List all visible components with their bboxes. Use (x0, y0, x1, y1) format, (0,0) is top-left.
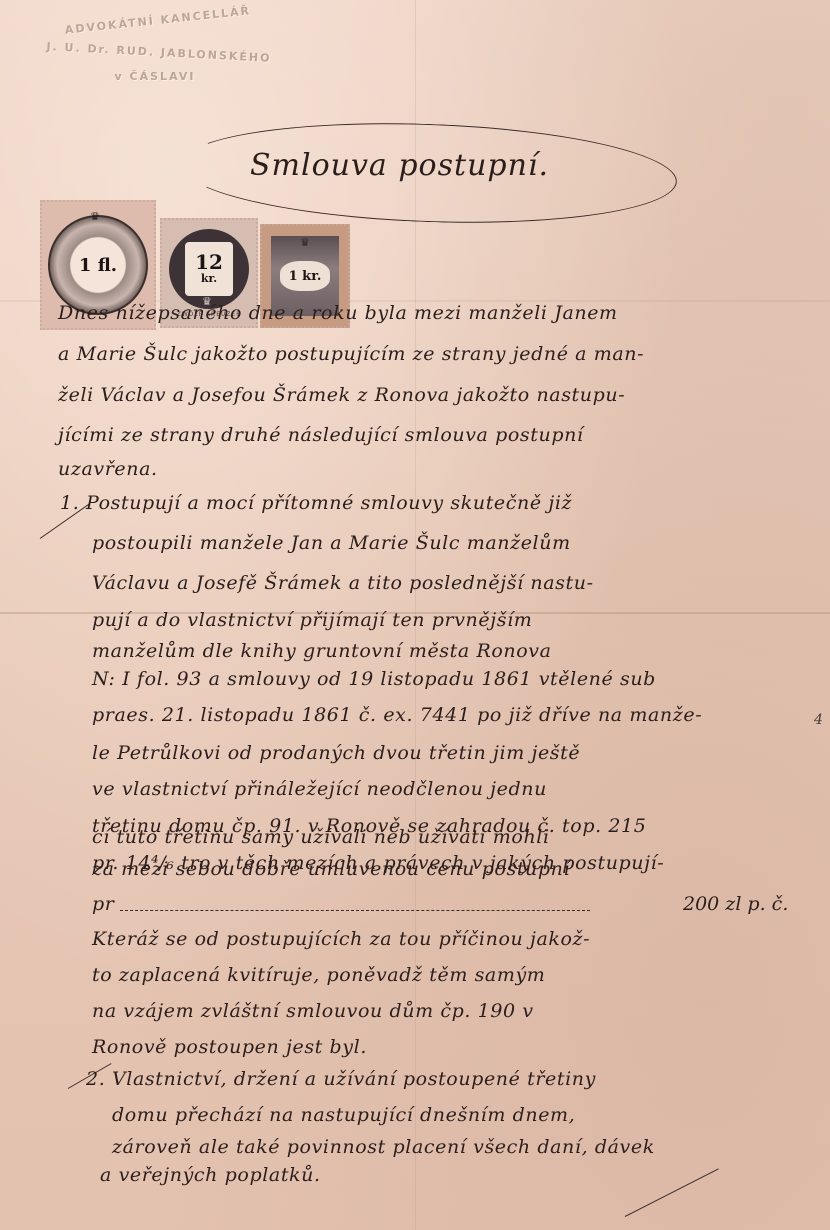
document-page: ADVOKÁTNÍ KANCELLÁŘ J. U. Dr. RUD. JABLO… (0, 0, 830, 1230)
text-line: pr (92, 893, 114, 915)
stamp-value: 1 kr. (289, 269, 322, 284)
crown-icon: ♛ (300, 236, 310, 249)
text-line: 2. Vlastnictví, držení a užívání postoup… (86, 1068, 596, 1090)
text-line: a veřejných poplatků. (100, 1164, 321, 1186)
text-line: na vzájem zvláštní smlouvou dům čp. 190 … (92, 1000, 534, 1022)
margin-note: 4 (814, 712, 823, 728)
price-amount: 200 zl p. č. (683, 893, 788, 915)
text-line: ve vlastnictví přináležející neodčlenou … (92, 778, 547, 800)
document-title: Smlouva postupní. (250, 148, 650, 183)
text-line: to zaplacená kvitíruje, poněvadž těm sam… (92, 964, 545, 986)
text-line: 1. Postupují a mocí přítomné smlouvy sku… (60, 492, 572, 514)
text-line: N: I fol. 93 a smlouvy od 19 listopadu 1… (92, 668, 656, 690)
text-line: zároveň ale také povinnost placení všech… (112, 1136, 655, 1158)
text-line: pují a do vlastnictví přijímají ten prvn… (92, 609, 532, 631)
text-line: a Marie Šulc jakožto postupujícím ze str… (58, 343, 644, 365)
text-line: Kteráž se od postupujících za tou příčin… (92, 928, 590, 950)
stamp-value: 1 fl. (79, 255, 117, 276)
text-line: cí tuto třetinu samy užívali neb užívati… (92, 826, 550, 848)
seal-line-2: J. U. Dr. RUD. JABLONSKÉHO (44, 40, 274, 65)
text-line: praes. 21. listopadu 1861 č. ex. 7441 po… (92, 704, 702, 726)
text-line: Václavu a Josefě Šrámek a tito posledněj… (92, 572, 594, 594)
text-line: Ronově postoupen jest byl. (92, 1036, 367, 1058)
text-line: uzavřena. (58, 458, 158, 480)
text-line: jícími ze strany druhé následující smlou… (58, 424, 584, 446)
seal-line-3: v ČÁSLAVI (90, 70, 220, 83)
stamp-value: 12 (195, 252, 223, 273)
text-line: domu přechází na nastupující dnešním dne… (112, 1104, 575, 1126)
text-line: Dnes nížepsaného dne a roku byla mezi ma… (58, 302, 618, 324)
text-line: za mezi sebou dobře umluvenou cenu postu… (92, 858, 570, 880)
text-line: le Petrůlkovi od prodaných dvou třetin j… (92, 742, 580, 764)
stamp-unit: kr. (201, 273, 217, 285)
seal-line-1: ADVOKÁTNÍ KANCELLÁŘ (58, 4, 258, 38)
text-line: manželům dle knihy gruntovní města Ronov… (92, 640, 552, 662)
text-line: želi Václav a Josefou Šrámek z Ronova ja… (58, 384, 625, 406)
text-line: postoupili manžele Jan a Marie Šulc manž… (92, 532, 571, 554)
closing-flourish (625, 1168, 719, 1217)
embossed-law-office-seal: ADVOKÁTNÍ KANCELLÁŘ J. U. Dr. RUD. JABLO… (30, 8, 270, 98)
double-eagle-icon: ♛ (90, 210, 100, 223)
price-fill-dashes (120, 910, 590, 911)
